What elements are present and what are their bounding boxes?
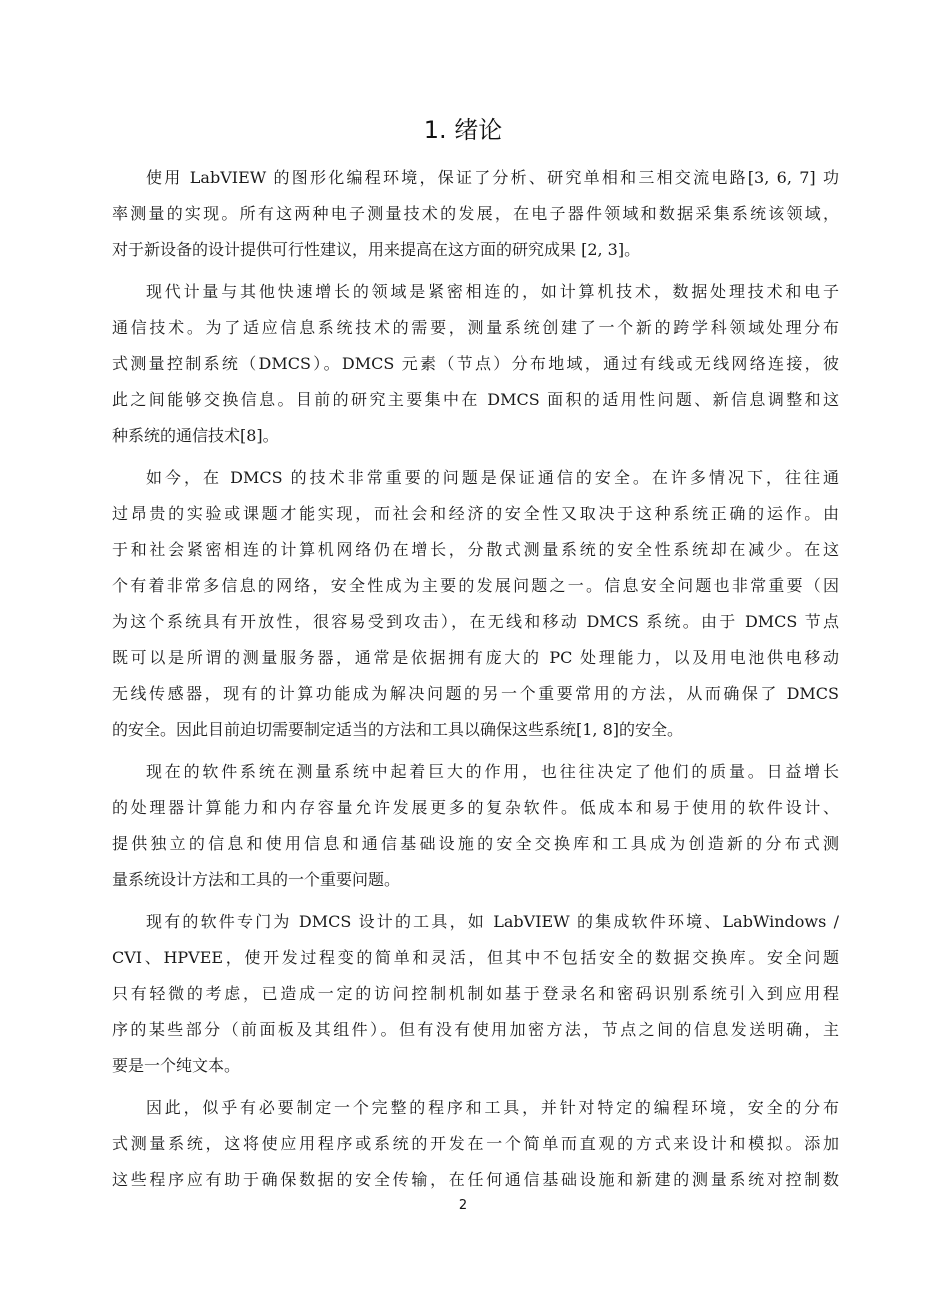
text-line: 序的某些部分（前面板及其组件）。但有没有使用加密方法，节点之间的信息发送明确，主	[112, 1020, 839, 1040]
text-line: 对于新设备的设计提供可行性建议，用来提高在这方面的研究成果 [2, 3]。	[112, 240, 839, 260]
text-line: 现有的软件专门为 DMCS 设计的工具，如 LabVIEW 的集成软件环境、La…	[146, 912, 839, 932]
text-line: 为这个系统具有开放性，很容易受到攻击），在无线和移动 DMCS 系统。由于 DM…	[112, 612, 839, 632]
text-line: 因此，似乎有必要制定一个完整的程序和工具，并针对特定的编程环境，安全的分布	[146, 1098, 839, 1118]
text-line: 现代计量与其他快速增长的领域是紧密相连的，如计算机技术，数据处理技术和电子	[146, 282, 839, 302]
text-line: 于和社会紧密相连的计算机网络仍在增长，分散式测量系统的安全性系统却在减少。在这	[112, 540, 839, 560]
section-title: 1. 绪论	[0, 110, 926, 145]
text-line: 要是一个纯文本。	[112, 1056, 839, 1076]
document-page: 1. 绪论 使用 LabVIEW 的图形化编程环境，保证了分析、研究单相和三相交…	[0, 0, 926, 1309]
text-line: 通信技术。为了适应信息系统技术的需要，测量系统创建了一个新的跨学科领域处理分布	[112, 318, 839, 338]
page-number: 2	[0, 1198, 926, 1213]
text-line: 这些程序应有助于确保数据的安全传输，在任何通信基础设施和新建的测量系统对控制数	[112, 1170, 839, 1190]
text-line: 的安全。因此目前迫切需要制定适当的方法和工具以确保这些系统[1, 8]的安全。	[112, 720, 839, 740]
text-line: 现在的软件系统在测量系统中起着巨大的作用，也往往决定了他们的质量。日益增长	[146, 762, 839, 782]
text-line: 个有着非常多信息的网络，安全性成为主要的发展问题之一。信息安全问题也非常重要（因	[112, 576, 839, 596]
text-line: 此之间能够交换信息。目前的研究主要集中在 DMCS 面积的适用性问题、新信息调整…	[112, 390, 839, 410]
text-line: 只有轻微的考虑，已造成一定的访问控制机制如基于登录名和密码识别系统引入到应用程	[112, 984, 839, 1004]
text-line: 使用 LabVIEW 的图形化编程环境，保证了分析、研究单相和三相交流电路[3,…	[146, 168, 839, 188]
text-line: 如今，在 DMCS 的技术非常重要的问题是保证通信的安全。在许多情况下，往往通	[146, 468, 839, 488]
text-line: 无线传感器，现有的计算功能成为解决问题的另一个重要常用的方法，从而确保了 DMC…	[112, 684, 839, 704]
text-line: 的处理器计算能力和内存容量允许发展更多的复杂软件。低成本和易于使用的软件设计、	[112, 798, 839, 818]
text-line: 式测量系统，这将使应用程序或系统的开发在一个简单而直观的方式来设计和模拟。添加	[112, 1134, 839, 1154]
text-line: 过昂贵的实验或课题才能实现，而社会和经济的安全性又取决于这种系统正确的运作。由	[112, 504, 839, 524]
text-line: 提供独立的信息和使用信息和通信基础设施的安全交换库和工具成为创造新的分布式测	[112, 834, 839, 854]
text-line: 既可以是所谓的测量服务器，通常是依据拥有庞大的 PC 处理能力，以及用电池供电移…	[112, 648, 839, 668]
text-line: 式测量控制系统（DMCS）。DMCS 元素（节点）分布地域，通过有线或无线网络连…	[112, 354, 839, 374]
text-line: 量系统设计方法和工具的一个重要问题。	[112, 870, 839, 890]
text-line: 种系统的通信技术[8]。	[112, 426, 839, 446]
text-line: 率测量的实现。所有这两种电子测量技术的发展，在电子器件领域和数据采集系统该领域，	[112, 204, 839, 224]
text-line: CVI、HPVEE，使开发过程变的简单和灵活，但其中不包括安全的数据交换库。安全…	[112, 948, 839, 968]
